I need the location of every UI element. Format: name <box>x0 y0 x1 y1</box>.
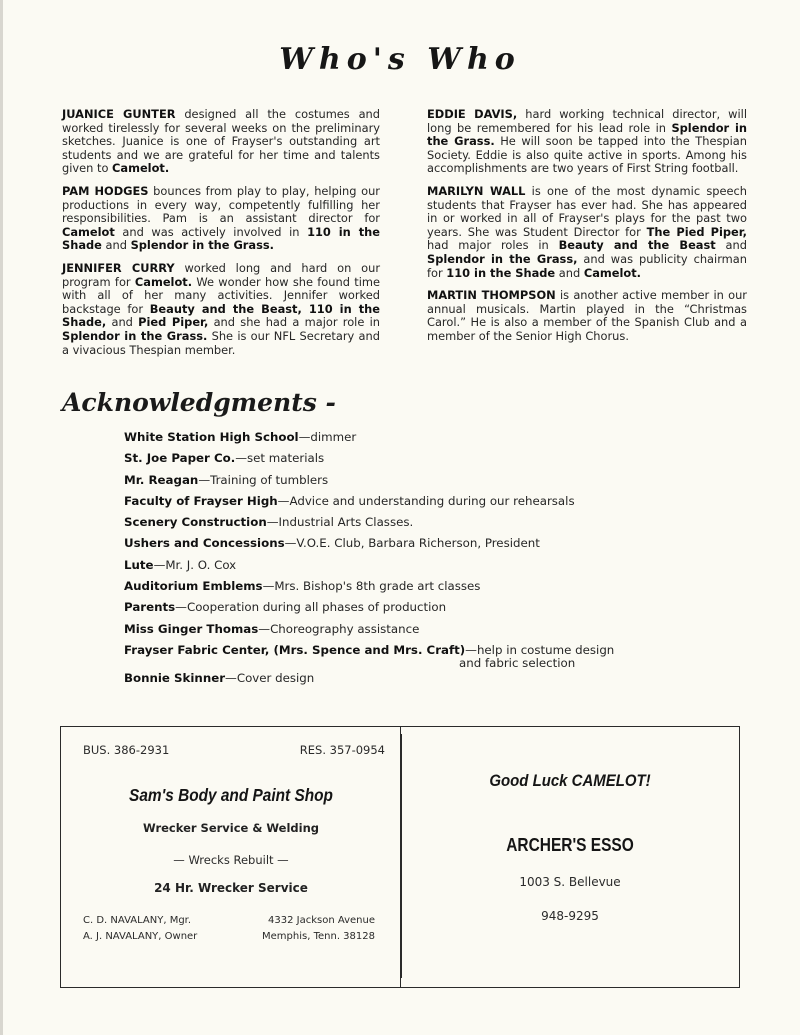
acknowledgment-who: Faculty of Frayser High <box>124 494 278 508</box>
acknowledgment-who: Mr. Reagan <box>124 473 198 487</box>
production-title: Camelot. <box>112 161 169 175</box>
acknowledgment-who: Lute <box>124 558 154 572</box>
ad-archers-esso: Good Luck CAMELOT! ARCHER'S ESSO 1003 S.… <box>400 726 740 988</box>
acknowledgment-item: Parents—Cooperation during all phases of… <box>124 600 624 621</box>
acknowledgment-what: —help in costume design <box>465 643 614 657</box>
acknowledgment-what: —Cover design <box>225 671 314 685</box>
shop-service: Wrecker Service & Welding <box>61 821 401 835</box>
business-phone: BUS. 386-2931 <box>83 743 169 757</box>
bio-name: MARTIN THOMPSON <box>427 288 556 302</box>
acknowledgment-who: Scenery Construction <box>124 515 267 529</box>
acknowledgment-who: Miss Ginger Thomas <box>124 622 258 636</box>
bio-entry: MARTIN THOMPSON is another active member… <box>427 289 747 343</box>
bio-name: PAM HODGES <box>62 184 148 198</box>
acknowledgments-heading: Acknowledgments - <box>62 388 336 417</box>
acknowledgment-item: Scenery Construction—Industrial Arts Cla… <box>124 515 624 536</box>
acknowledgment-what: —V.O.E. Club, Barbara Richerson, Preside… <box>285 536 540 550</box>
bio-name: JENNIFER CURRY <box>62 261 175 275</box>
acknowledgment-item: Faculty of Frayser High—Advice and under… <box>124 494 624 515</box>
acknowledgment-who: St. Joe Paper Co. <box>124 451 235 465</box>
bio-entry: JENNIFER CURRY worked long and hard on o… <box>62 262 380 357</box>
acknowledgment-continuation: and fabric selection <box>124 657 624 670</box>
business-name: ARCHER'S ESSO <box>425 835 716 856</box>
shop-owner: A. J. NAVALANY, Owner <box>83 929 197 945</box>
whos-who-right-column: EDDIE DAVIS, hard working technical dire… <box>427 108 747 353</box>
acknowledgment-item: Mr. Reagan—Training of tumblers <box>124 473 624 494</box>
bio-entry: JUANICE GUNTER designed all the costumes… <box>62 108 380 176</box>
production-title: The Pied Piper, <box>647 225 747 239</box>
acknowledgment-item: Ushers and Concessions—V.O.E. Club, Barb… <box>124 536 624 557</box>
acknowledgment-who: Bonnie Skinner <box>124 671 225 685</box>
bio-entry: PAM HODGES bounces from play to play, he… <box>62 185 380 253</box>
acknowledgment-who: White Station High School <box>124 430 299 444</box>
bio-entry: EDDIE DAVIS, hard working technical dire… <box>427 108 747 176</box>
shop-contacts: C. D. NAVALANY, Mgr. A. J. NAVALANY, Own… <box>83 913 375 945</box>
shop-name: Sam's Body and Paint Shop <box>81 785 380 806</box>
acknowledgment-who: Frayser Fabric Center, (Mrs. Spence and … <box>124 643 465 657</box>
production-title: Splendor in the Grass. <box>62 329 207 343</box>
whos-who-left-column: JUANICE GUNTER designed all the costumes… <box>62 108 380 366</box>
bio-entry: MARILYN WALL is one of the most dynamic … <box>427 185 747 280</box>
acknowledgment-who: Ushers and Concessions <box>124 536 285 550</box>
bio-name: EDDIE DAVIS, <box>427 107 517 121</box>
bio-name: MARILYN WALL <box>427 184 525 198</box>
acknowledgment-what: —Mrs. Bishop's 8th grade art classes <box>263 579 481 593</box>
production-title: Beauty and the Beast <box>559 238 716 252</box>
production-title: Splendor in the Grass, <box>427 252 577 266</box>
acknowledgment-who: Parents <box>124 600 175 614</box>
acknowledgment-what: —set materials <box>235 451 324 465</box>
shop-city: Memphis, Tenn. 38128 <box>262 929 375 945</box>
acknowledgments-list: White Station High School—dimmerSt. Joe … <box>124 430 624 692</box>
program-page: Who's Who JUANICE GUNTER designed all th… <box>0 0 800 1035</box>
production-title: Pied Piper, <box>138 315 208 329</box>
acknowledgment-what: —Mr. J. O. Cox <box>154 558 237 572</box>
shop-address: 4332 Jackson Avenue Memphis, Tenn. 38128 <box>262 913 375 945</box>
production-title: Camelot. <box>584 266 641 280</box>
residence-phone: RES. 357-0954 <box>300 743 385 757</box>
acknowledgment-item: Miss Ginger Thomas—Choreography assistan… <box>124 622 624 643</box>
acknowledgment-item: Auditorium Emblems—Mrs. Bishop's 8th gra… <box>124 579 624 600</box>
ad-sams-body-shop: BUS. 386-2931 RES. 357-0954 Sam's Body a… <box>60 726 401 988</box>
production-title: Beauty and the Beast, 110 in the Shade, <box>62 302 380 330</box>
acknowledgment-what: —Advice and understanding during our reh… <box>278 494 575 508</box>
page-edge <box>0 0 3 1035</box>
acknowledgment-item: Lute—Mr. J. O. Cox <box>124 558 624 579</box>
shop-rebuilt: — Wrecks Rebuilt — <box>61 853 401 867</box>
production-title: Splendor in the Grass. <box>427 121 747 149</box>
production-title: 110 in the Shade <box>446 266 555 280</box>
acknowledgment-what: —Training of tumblers <box>198 473 328 487</box>
shop-manager: C. D. NAVALANY, Mgr. <box>83 913 197 929</box>
production-title: Camelot <box>62 225 115 239</box>
acknowledgment-item: White Station High School—dimmer <box>124 430 624 451</box>
production-title: Splendor in the Grass. <box>131 238 274 252</box>
acknowledgment-item: Frayser Fabric Center, (Mrs. Spence and … <box>124 643 624 671</box>
ad-slogan: Good Luck CAMELOT! <box>421 771 718 791</box>
shop-hours: 24 Hr. Wrecker Service <box>61 881 401 895</box>
acknowledgment-item: St. Joe Paper Co.—set materials <box>124 451 624 472</box>
production-title: Camelot. <box>135 275 192 289</box>
acknowledgment-item: Bonnie Skinner—Cover design <box>124 671 624 692</box>
bio-name: JUANICE GUNTER <box>62 107 176 121</box>
shop-street: 4332 Jackson Avenue <box>262 913 375 929</box>
acknowledgment-what: —Choreography assistance <box>258 622 419 636</box>
acknowledgment-what: —Cooperation during all phases of produc… <box>175 600 446 614</box>
ad-phones: BUS. 386-2931 RES. 357-0954 <box>83 743 385 757</box>
acknowledgment-what: —Industrial Arts Classes. <box>267 515 414 529</box>
acknowledgment-who: Auditorium Emblems <box>124 579 263 593</box>
shop-staff: C. D. NAVALANY, Mgr. A. J. NAVALANY, Own… <box>83 913 197 945</box>
business-address: 1003 S. Bellevue <box>401 875 739 889</box>
business-phone: 948-9295 <box>401 909 739 923</box>
acknowledgment-what: —dimmer <box>299 430 357 444</box>
page-title: Who's Who <box>0 42 800 77</box>
